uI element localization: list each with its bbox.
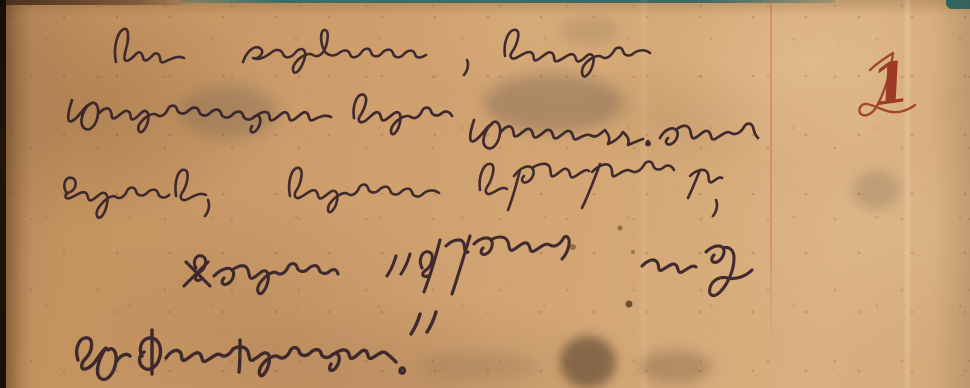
handwritten-line-2 <box>68 95 758 149</box>
ink-blot <box>570 226 635 308</box>
handwritten-line-5 <box>77 312 436 379</box>
handwritten-line-3 <box>64 162 722 218</box>
ink-layer: 1 <box>0 0 970 388</box>
manuscript-scan: 1 <box>0 0 970 388</box>
handwritten-line-4 <box>184 236 752 295</box>
handwritten-line-1 <box>115 29 650 77</box>
